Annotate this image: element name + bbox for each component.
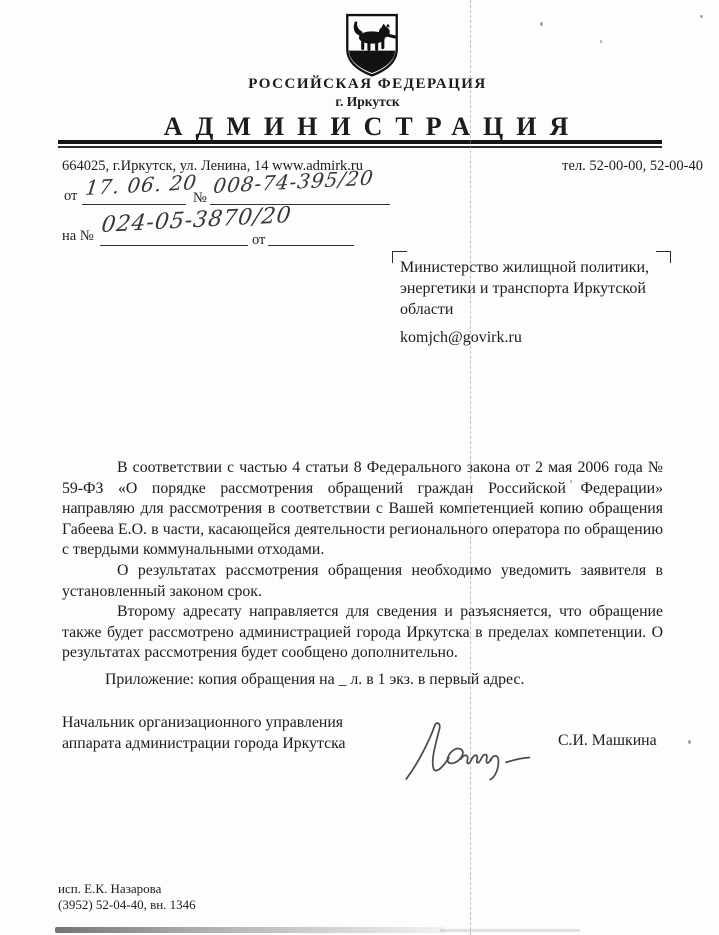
scan-speck [570, 480, 572, 483]
signature-scribble-icon [395, 705, 550, 795]
executor-phone: (3952) 52-04-40, вн. 1346 [58, 897, 196, 913]
recipient-block: Министерство жилищной политики, энергети… [400, 257, 670, 348]
scanned-letter-page: РОССИЙСКАЯ ФЕДЕРАЦИЯ г. Иркутск АДМИНИСТ… [0, 0, 719, 935]
signer-position: Начальник организационного управления ап… [62, 712, 402, 754]
body-paragraph-2: О результатах рассмотрения обращения нео… [62, 561, 663, 602]
body-paragraph-1: В соответствии с частью 4 статьи 8 Федер… [62, 458, 663, 561]
scan-speck [688, 740, 691, 744]
recipient-email: komjch@govirk.ru [400, 327, 670, 348]
executor-block: исп. Е.К. Назарова (3952) 52-04-40, вн. … [58, 881, 196, 913]
ref-reply-underline [100, 245, 248, 246]
sender-phone: тел. 52-00-00, 52-00-40 [562, 158, 703, 175]
header-rule-thick [58, 140, 662, 144]
scan-speck [540, 22, 543, 26]
executor-name: исп. Е.К. Назарова [58, 881, 196, 897]
irkutsk-coat-of-arms-icon [341, 12, 403, 85]
recipient-line-2: энергетики и транспорта Иркутской [400, 278, 670, 299]
recipient-line-3: области [400, 299, 670, 320]
country-title: РОССИЙСКАЯ ФЕДЕРАЦИЯ [0, 76, 719, 93]
ref-reply-from-label: от [252, 232, 265, 249]
city-title: г. Иркутск [0, 94, 719, 110]
signer-name: С.И. Машкина [558, 732, 657, 750]
header-rule-thin [58, 146, 662, 148]
ref-from-label: от [64, 188, 77, 205]
scan-fold-line [470, 0, 471, 935]
ref-reply-label: на № [62, 228, 94, 245]
signer-position-line-1: Начальник организационного управления [62, 712, 402, 733]
letter-body: В соответствии с частью 4 статьи 8 Федер… [62, 458, 663, 664]
body-paragraph-3: Второму адресату направляется для сведен… [62, 602, 663, 664]
recipient-line-1: Министерство жилищной политики, [400, 257, 670, 278]
attachment-line: Приложение: копия обращения на _ л. в 1 … [62, 671, 663, 689]
scan-speck [700, 15, 703, 18]
scan-edge-smudge-2 [440, 929, 580, 932]
ref-date-underline [82, 204, 186, 205]
ref-date-handwritten: 17. 06. 20 [84, 170, 199, 200]
ref-reply-from-underline [268, 245, 354, 246]
signer-position-line-2: аппарата администрации города Иркутска [62, 733, 402, 754]
organization-title: АДМИНИСТРАЦИЯ [0, 112, 719, 142]
ref-number-label: № [193, 190, 207, 207]
scan-speck [600, 40, 602, 43]
scan-edge-smudge [55, 927, 445, 933]
